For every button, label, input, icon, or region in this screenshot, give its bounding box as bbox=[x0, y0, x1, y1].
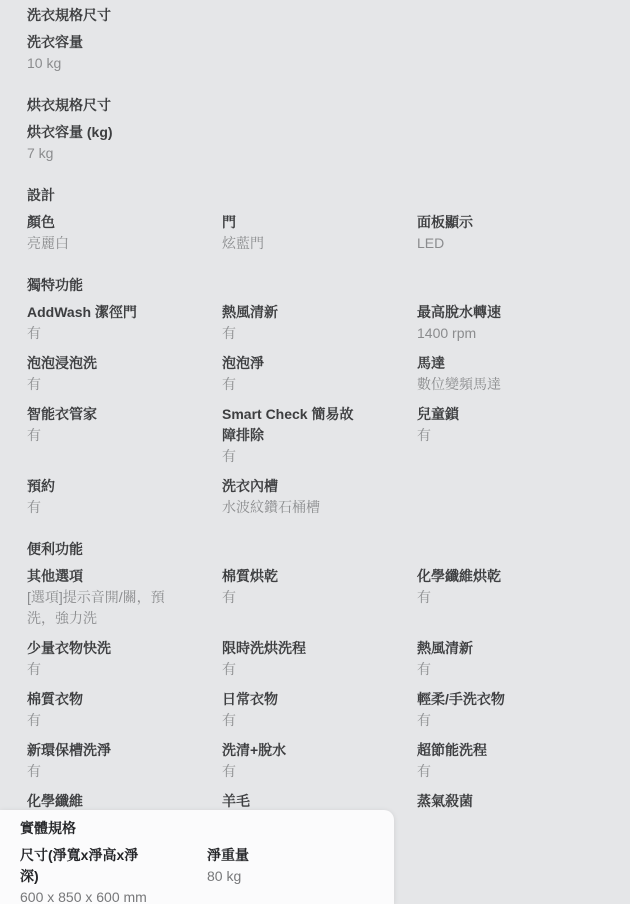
spec-cell: 熱風清新 有 bbox=[417, 638, 612, 680]
spec-cell: 洗衣容量 10 kg bbox=[27, 32, 222, 74]
spec-cell: 預約 有 bbox=[27, 476, 222, 518]
spec-label: 輕柔/手洗衣物 bbox=[417, 689, 559, 710]
spec-cell: 少量衣物快洗 有 bbox=[27, 638, 222, 680]
spec-label: 少量衣物快洗 bbox=[27, 638, 169, 659]
spec-label: 日常衣物 bbox=[222, 689, 364, 710]
spec-value: [選項]提示音開/關，預洗，強力洗 bbox=[27, 587, 169, 629]
spec-label: 化學纖維烘乾 bbox=[417, 566, 559, 587]
spec-label: 預約 bbox=[27, 476, 169, 497]
spec-cell: 棉質烘乾 有 bbox=[222, 566, 417, 608]
section-design: 設計 顏色 亮麗白 門 炫藍門 面板顯示 LED bbox=[27, 185, 630, 254]
spec-value: 有 bbox=[27, 761, 169, 782]
spec-cell: 日常衣物 有 bbox=[222, 689, 417, 731]
spec-cell: 棉質衣物 有 bbox=[27, 689, 222, 731]
spec-label: 烘衣容量 (kg) bbox=[27, 122, 169, 143]
spec-label: 最高脫水轉速 bbox=[417, 302, 559, 323]
spec-value: 有 bbox=[27, 374, 169, 395]
spec-label: 顏色 bbox=[27, 212, 169, 233]
spec-label: 化學纖維 bbox=[27, 791, 169, 812]
section-convenience-features: 便利功能 其他選項 [選項]提示音開/關，預洗，強力洗 棉質烘乾 有 化學纖維烘… bbox=[27, 539, 630, 812]
spec-row: 棉質衣物 有 日常衣物 有 輕柔/手洗衣物 有 bbox=[27, 689, 630, 731]
spec-label: 棉質衣物 bbox=[27, 689, 169, 710]
spec-value: 10 kg bbox=[27, 53, 169, 74]
spec-row: 烘衣容量 (kg) 7 kg bbox=[27, 122, 630, 164]
spec-label: 面板顯示 bbox=[417, 212, 559, 233]
spec-value: 數位變頻馬達 bbox=[417, 374, 559, 395]
spec-cell: 限時洗烘洗程 有 bbox=[222, 638, 417, 680]
spec-cell: 化學纖維烘乾 有 bbox=[417, 566, 612, 608]
spec-value: 有 bbox=[417, 761, 559, 782]
section-heading: 實體規格 bbox=[20, 818, 394, 839]
spec-row: 預約 有 洗衣內槽 水波紋鑽石桶槽 bbox=[27, 476, 630, 518]
spec-value: 有 bbox=[222, 761, 364, 782]
spec-cell: 最高脫水轉速 1400 rpm bbox=[417, 302, 612, 344]
spec-cell: 輕柔/手洗衣物 有 bbox=[417, 689, 612, 731]
spec-value: 有 bbox=[417, 659, 559, 680]
spec-label: 其他選項 bbox=[27, 566, 169, 587]
spec-label: Smart Check 簡易故障排除 bbox=[222, 404, 364, 446]
spec-label: 超節能洗程 bbox=[417, 740, 559, 761]
spec-label: 兒童鎖 bbox=[417, 404, 559, 425]
spec-value: 有 bbox=[222, 374, 364, 395]
spec-cell: 門 炫藍門 bbox=[222, 212, 417, 254]
spec-label: 棉質烘乾 bbox=[222, 566, 364, 587]
spec-label: 洗衣內槽 bbox=[222, 476, 364, 497]
section-heading: 設計 bbox=[27, 185, 630, 206]
physical-specs-panel: 實體規格 尺寸(淨寬x淨高x淨深) 600 x 850 x 600 mm 淨重量… bbox=[0, 810, 394, 904]
spec-cell: 泡泡浸泡洗 有 bbox=[27, 353, 222, 395]
spec-label: 泡泡浸泡洗 bbox=[27, 353, 169, 374]
spec-label: AddWash 潔徑門 bbox=[27, 302, 169, 323]
spec-label: 蒸氣殺菌 bbox=[417, 791, 559, 812]
spec-value: 有 bbox=[27, 710, 169, 731]
spec-cell: 馬達 數位變頻馬達 bbox=[417, 353, 612, 395]
section-unique-features: 獨特功能 AddWash 潔徑門 有 熱風清新 有 最高脫水轉速 1400 rp… bbox=[27, 275, 630, 518]
spec-cell: 智能衣管家 有 bbox=[27, 404, 222, 446]
spec-cell: 熱風清新 有 bbox=[222, 302, 417, 344]
spec-value: 600 x 850 x 600 mm bbox=[20, 887, 148, 904]
spec-cell: 面板顯示 LED bbox=[417, 212, 612, 254]
spec-label: 限時洗烘洗程 bbox=[222, 638, 364, 659]
spec-row: 尺寸(淨寬x淨高x淨深) 600 x 850 x 600 mm 淨重量 80 k… bbox=[20, 845, 394, 904]
spec-cell: Smart Check 簡易故障排除 有 bbox=[222, 404, 417, 467]
section-heading: 獨特功能 bbox=[27, 275, 630, 296]
spec-value: 80 kg bbox=[207, 866, 335, 887]
spec-value: 炫藍門 bbox=[222, 233, 364, 254]
spec-row: 顏色 亮麗白 門 炫藍門 面板顯示 LED bbox=[27, 212, 630, 254]
spec-cell: 顏色 亮麗白 bbox=[27, 212, 222, 254]
spec-row: 智能衣管家 有 Smart Check 簡易故障排除 有 兒童鎖 有 bbox=[27, 404, 630, 467]
spec-value: 有 bbox=[222, 587, 364, 608]
spec-cell: 洗衣內槽 水波紋鑽石桶槽 bbox=[222, 476, 417, 518]
spec-row: 泡泡浸泡洗 有 泡泡淨 有 馬達 數位變頻馬達 bbox=[27, 353, 630, 395]
spec-value: 有 bbox=[27, 659, 169, 680]
spec-value: 有 bbox=[417, 425, 559, 446]
spec-label: 熱風清新 bbox=[417, 638, 559, 659]
spec-value: 有 bbox=[27, 497, 169, 518]
spec-label: 尺寸(淨寬x淨高x淨深) bbox=[20, 845, 148, 887]
spec-label: 洗清+脫水 bbox=[222, 740, 364, 761]
section-heading: 便利功能 bbox=[27, 539, 630, 560]
spec-cell: 泡泡淨 有 bbox=[222, 353, 417, 395]
section-dry-specs: 烘衣規格尺寸 烘衣容量 (kg) 7 kg bbox=[27, 95, 630, 164]
spec-value: 有 bbox=[222, 710, 364, 731]
spec-row: 新環保槽洗淨 有 洗清+脫水 有 超節能洗程 有 bbox=[27, 740, 630, 782]
spec-cell: 烘衣容量 (kg) 7 kg bbox=[27, 122, 222, 164]
spec-row: 其他選項 [選項]提示音開/關，預洗，強力洗 棉質烘乾 有 化學纖維烘乾 有 bbox=[27, 566, 630, 629]
spec-label: 羊毛 bbox=[222, 791, 364, 812]
spec-cell: 尺寸(淨寬x淨高x淨深) 600 x 850 x 600 mm bbox=[20, 845, 207, 904]
spec-cell: 兒童鎖 有 bbox=[417, 404, 612, 446]
spec-label: 洗衣容量 bbox=[27, 32, 169, 53]
spec-row: 少量衣物快洗 有 限時洗烘洗程 有 熱風清新 有 bbox=[27, 638, 630, 680]
spec-row: AddWash 潔徑門 有 熱風清新 有 最高脫水轉速 1400 rpm bbox=[27, 302, 630, 344]
spec-value: 1400 rpm bbox=[417, 323, 559, 344]
spec-value: 有 bbox=[222, 659, 364, 680]
specifications-list: 洗衣規格尺寸 洗衣容量 10 kg 烘衣規格尺寸 烘衣容量 (kg) 7 kg … bbox=[0, 0, 630, 812]
section-heading: 洗衣規格尺寸 bbox=[27, 5, 630, 26]
spec-cell: 其他選項 [選項]提示音開/關，預洗，強力洗 bbox=[27, 566, 222, 629]
spec-row: 洗衣容量 10 kg bbox=[27, 32, 630, 74]
spec-cell: 化學纖維 bbox=[27, 791, 222, 812]
section-wash-specs: 洗衣規格尺寸 洗衣容量 10 kg bbox=[27, 5, 630, 74]
spec-cell: 羊毛 bbox=[222, 791, 417, 812]
spec-value: 有 bbox=[27, 425, 169, 446]
spec-value: 7 kg bbox=[27, 143, 169, 164]
spec-label: 智能衣管家 bbox=[27, 404, 169, 425]
spec-value: 水波紋鑽石桶槽 bbox=[222, 497, 364, 518]
spec-row: 化學纖維 羊毛 蒸氣殺菌 bbox=[27, 791, 630, 812]
spec-cell: 淨重量 80 kg bbox=[207, 845, 394, 887]
spec-cell: 超節能洗程 有 bbox=[417, 740, 612, 782]
spec-cell: 蒸氣殺菌 bbox=[417, 791, 612, 812]
spec-label: 熱風清新 bbox=[222, 302, 364, 323]
spec-value: LED bbox=[417, 233, 559, 254]
spec-label: 淨重量 bbox=[207, 845, 335, 866]
spec-value: 有 bbox=[222, 446, 364, 467]
spec-label: 馬達 bbox=[417, 353, 559, 374]
spec-cell: 洗清+脫水 有 bbox=[222, 740, 417, 782]
spec-label: 門 bbox=[222, 212, 364, 233]
spec-label: 泡泡淨 bbox=[222, 353, 364, 374]
spec-value: 亮麗白 bbox=[27, 233, 169, 254]
spec-cell: AddWash 潔徑門 有 bbox=[27, 302, 222, 344]
spec-value: 有 bbox=[27, 323, 169, 344]
spec-value: 有 bbox=[417, 710, 559, 731]
spec-value: 有 bbox=[222, 323, 364, 344]
spec-value: 有 bbox=[417, 587, 559, 608]
spec-label: 新環保槽洗淨 bbox=[27, 740, 169, 761]
spec-cell: 新環保槽洗淨 有 bbox=[27, 740, 222, 782]
section-heading: 烘衣規格尺寸 bbox=[27, 95, 630, 116]
